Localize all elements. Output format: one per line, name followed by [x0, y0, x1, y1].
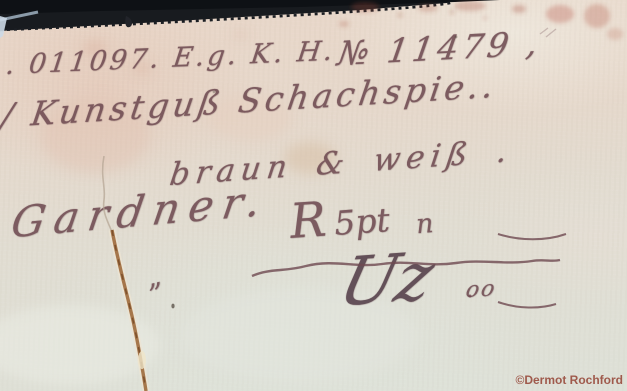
handwriting-line5-value: Uz	[332, 237, 442, 322]
serrated-strip-edge	[0, 2, 452, 30]
price-amount: 5pt	[333, 200, 391, 243]
handwriting-line1-number: № 11479 ,	[335, 23, 545, 73]
strip-highlight-wedge	[0, 16, 7, 38]
handwriting-line5-ditto-mark: „	[142, 259, 164, 295]
watermark-credit: ©Dermot Rochford	[515, 373, 623, 387]
photo-of-handwritten-label: . 011097. E.g. K. H. № 11479 , / Kunstgu…	[0, 0, 627, 391]
ink-drip-mark	[125, 16, 132, 27]
price-currency: R	[288, 192, 328, 250]
strip-highlight-streak	[0, 12, 38, 20]
handwriting-line5-suffix: oo	[464, 276, 498, 303]
handwriting-line1-left: . 011097. E.g. K. H.	[4, 36, 337, 82]
handwriting-line4-name: Gardner.	[8, 175, 273, 247]
price-superscript: n	[415, 208, 435, 240]
